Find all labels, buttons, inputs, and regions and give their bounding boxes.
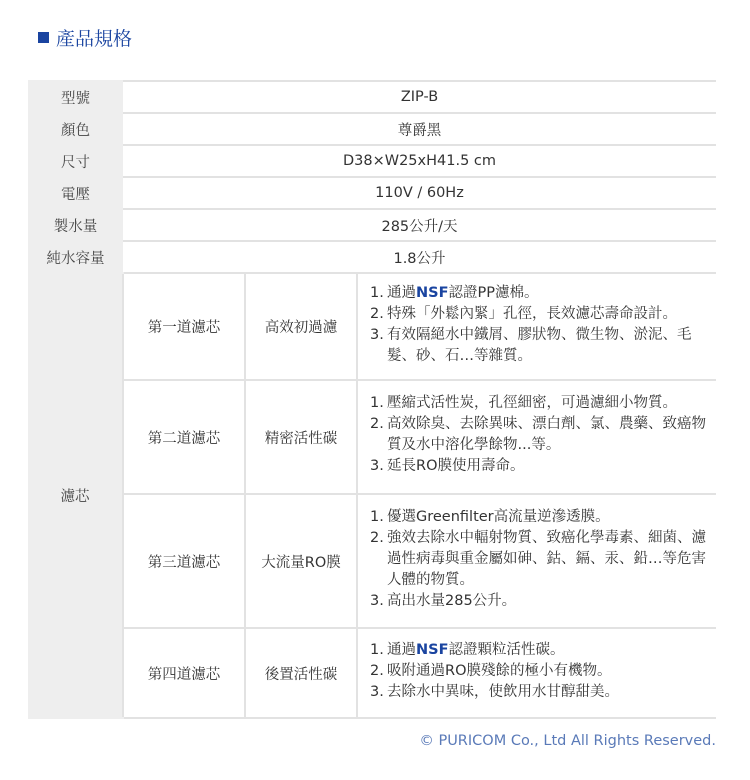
filter-stage-name: 第一道濾芯	[123, 273, 245, 380]
item-number: 2.	[370, 304, 387, 325]
filter-stage-type: 精密活性碳	[245, 380, 357, 494]
spec-value: 285公升/天	[123, 209, 716, 241]
item-text: 壓縮式活性炭，孔徑細密，可過濾細小物質。	[387, 393, 677, 414]
item-text-post: 認證PP濾棉。	[448, 285, 538, 301]
filter-row: 第三道濾芯大流量RO膜1.優選Greenfilter高流量逆滲透膜。2.強效去除…	[28, 494, 716, 628]
copyright-footer: © PURICOM Co., Ltd All Rights Reserved.	[419, 733, 716, 749]
filter-stage-type: 後置活性碳	[245, 628, 357, 718]
filter-row: 第二道濾芯精密活性碳1.壓縮式活性炭，孔徑細密，可過濾細小物質。2.高效除臭、去…	[28, 380, 716, 494]
nsf-highlight: NSF	[416, 642, 448, 658]
item-number: 2.	[370, 661, 387, 682]
square-bullet-icon	[38, 32, 49, 43]
section-heading: 產品規格	[38, 24, 132, 51]
feature-item: 3.延長RO膜使用壽命。	[370, 456, 716, 477]
item-number: 2.	[370, 414, 387, 456]
item-text: 延長RO膜使用壽命。	[387, 456, 525, 477]
feature-item: 1.通過NSF認證顆粒活性碳。	[370, 640, 716, 661]
item-text: 通過NSF認證PP濾棉。	[387, 283, 538, 304]
item-number: 1.	[370, 283, 387, 304]
spec-label: 顏色	[28, 113, 123, 145]
spec-row-capacity: 純水容量1.8公升	[28, 241, 716, 273]
spec-label: 尺寸	[28, 145, 123, 177]
item-text-pre: 去除水中異味，使飲用水甘醇甜美。	[387, 684, 619, 700]
filter-stage-type: 大流量RO膜	[245, 494, 357, 628]
item-text-pre: 特殊「外鬆內緊」孔徑，長效濾芯壽命設計。	[387, 306, 677, 322]
spec-label: 型號	[28, 81, 123, 113]
item-text-pre: 強效去除水中輻射物質、致癌化學毒素、細菌、濾過性病毒與重金屬如砷、鈷、鎘、汞、鉛…	[387, 530, 706, 588]
spec-table: 型號ZIP-B 顏色尊爵黑 尺寸D38×W25xH41.5 cm 電壓110V …	[28, 80, 716, 719]
spec-value: D38×W25xH41.5 cm	[123, 145, 716, 177]
section-title: 產品規格	[56, 24, 132, 51]
item-text: 吸附通過RO膜殘餘的極小有機物。	[387, 661, 612, 682]
spec-row-output: 製水量285公升/天	[28, 209, 716, 241]
item-text-pre: 有效隔絕水中鐵屑、膠狀物、微生物、淤泥、毛髮、砂、石…等雜質。	[387, 327, 692, 364]
feature-item: 1.壓縮式活性炭，孔徑細密，可過濾細小物質。	[370, 393, 716, 414]
item-text-post: 認證顆粒活性碳。	[448, 642, 564, 658]
item-text-pre: 高效除臭、去除異味、漂白劑、氯、農藥、致癌物質及水中溶化學餘物...等。	[387, 416, 706, 453]
item-text-pre: 吸附通過RO膜殘餘的極小有機物。	[387, 663, 612, 679]
item-number: 1.	[370, 507, 387, 528]
item-text-pre: 延長RO膜使用壽命。	[387, 458, 525, 474]
item-text: 有效隔絕水中鐵屑、膠狀物、微生物、淤泥、毛髮、砂、石…等雜質。	[387, 325, 716, 367]
item-text: 強效去除水中輻射物質、致癌化學毒素、細菌、濾過性病毒與重金屬如砷、鈷、鎘、汞、鉛…	[387, 528, 716, 591]
item-number: 3.	[370, 325, 387, 367]
item-text: 高出水量285公升。	[387, 591, 516, 612]
item-number: 3.	[370, 456, 387, 477]
feature-item: 3.高出水量285公升。	[370, 591, 716, 612]
feature-item: 1.通過NSF認證PP濾棉。	[370, 283, 716, 304]
spec-row-model: 型號ZIP-B	[28, 81, 716, 113]
item-number: 1.	[370, 393, 387, 414]
item-number: 1.	[370, 640, 387, 661]
item-text: 通過NSF認證顆粒活性碳。	[387, 640, 564, 661]
filter-row: 第四道濾芯後置活性碳1.通過NSF認證顆粒活性碳。2.吸附通過RO膜殘餘的極小有…	[28, 628, 716, 718]
spec-value: ZIP-B	[123, 81, 716, 113]
item-text: 特殊「外鬆內緊」孔徑，長效濾芯壽命設計。	[387, 304, 677, 325]
feature-item: 3.有效隔絕水中鐵屑、膠狀物、微生物、淤泥、毛髮、砂、石…等雜質。	[370, 325, 716, 367]
filter-label: 濾芯	[28, 273, 123, 718]
item-text: 高效除臭、去除異味、漂白劑、氯、農藥、致癌物質及水中溶化學餘物...等。	[387, 414, 716, 456]
filter-stage-name: 第三道濾芯	[123, 494, 245, 628]
item-number: 3.	[370, 591, 387, 612]
item-text-pre: 通過	[387, 285, 416, 301]
spec-label: 製水量	[28, 209, 123, 241]
spec-value: 1.8公升	[123, 241, 716, 273]
item-number: 3.	[370, 682, 387, 703]
filter-stage-description: 1.壓縮式活性炭，孔徑細密，可過濾細小物質。2.高效除臭、去除異味、漂白劑、氯、…	[357, 380, 716, 494]
nsf-highlight: NSF	[416, 285, 448, 301]
item-text: 優選Greenfilter高流量逆滲透膜。	[387, 507, 610, 528]
item-text-pre: 優選Greenfilter高流量逆滲透膜。	[387, 509, 610, 525]
feature-item: 2.吸附通過RO膜殘餘的極小有機物。	[370, 661, 716, 682]
feature-item: 1.優選Greenfilter高流量逆滲透膜。	[370, 507, 716, 528]
feature-item: 2.強效去除水中輻射物質、致癌化學毒素、細菌、濾過性病毒與重金屬如砷、鈷、鎘、汞…	[370, 528, 716, 591]
spec-label: 電壓	[28, 177, 123, 209]
item-text: 去除水中異味，使飲用水甘醇甜美。	[387, 682, 619, 703]
item-number: 2.	[370, 528, 387, 591]
item-text-pre: 高出水量285公升。	[387, 593, 516, 609]
spec-value: 110V / 60Hz	[123, 177, 716, 209]
feature-item: 3.去除水中異味，使飲用水甘醇甜美。	[370, 682, 716, 703]
filter-stage-description: 1.通過NSF認證PP濾棉。2.特殊「外鬆內緊」孔徑，長效濾芯壽命設計。3.有效…	[357, 273, 716, 380]
feature-item: 2.高效除臭、去除異味、漂白劑、氯、農藥、致癌物質及水中溶化學餘物...等。	[370, 414, 716, 456]
spec-label: 純水容量	[28, 241, 123, 273]
spec-row-voltage: 電壓110V / 60Hz	[28, 177, 716, 209]
filter-row: 濾芯第一道濾芯高效初過濾1.通過NSF認證PP濾棉。2.特殊「外鬆內緊」孔徑，長…	[28, 273, 716, 380]
spec-value: 尊爵黑	[123, 113, 716, 145]
item-text-pre: 壓縮式活性炭，孔徑細密，可過濾細小物質。	[387, 395, 677, 411]
filter-stage-name: 第二道濾芯	[123, 380, 245, 494]
item-text-pre: 通過	[387, 642, 416, 658]
filter-stage-description: 1.優選Greenfilter高流量逆滲透膜。2.強效去除水中輻射物質、致癌化學…	[357, 494, 716, 628]
filter-stage-name: 第四道濾芯	[123, 628, 245, 718]
spec-row-size: 尺寸D38×W25xH41.5 cm	[28, 145, 716, 177]
feature-item: 2.特殊「外鬆內緊」孔徑，長效濾芯壽命設計。	[370, 304, 716, 325]
filter-stage-description: 1.通過NSF認證顆粒活性碳。2.吸附通過RO膜殘餘的極小有機物。3.去除水中異…	[357, 628, 716, 718]
spec-row-color: 顏色尊爵黑	[28, 113, 716, 145]
filter-stage-type: 高效初過濾	[245, 273, 357, 380]
